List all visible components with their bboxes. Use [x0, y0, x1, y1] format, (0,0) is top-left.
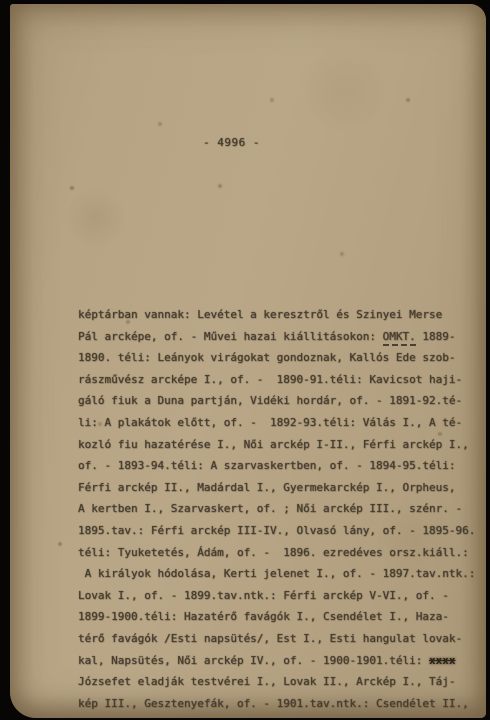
typed-segment: A kertben I., Szarvaskert, of. ; Női arc… — [78, 502, 462, 515]
typed-segment: 1890. téli: Leányok virágokat gondoznak,… — [78, 351, 456, 364]
typed-segment: li: A plakátok előtt, of. - 1892-93.téli… — [78, 416, 462, 429]
typed-segment-strike: xxxx — [429, 654, 456, 667]
typed-line: gáló fiuk a Duna partján, Vidéki hordár,… — [78, 390, 490, 412]
typed-segment: kozló fiu hazatérése I., Női arckép I-II… — [78, 438, 469, 451]
typed-segment: 1889- — [416, 330, 456, 343]
typed-segment: képtárban vannak: Levétel a keresztről é… — [78, 308, 442, 321]
typed-line: 1895.tav.: Férfi arckép III-IV., Olvasó … — [78, 520, 490, 542]
typed-line: of. - 1893-94.téli: A szarvaskertben, of… — [78, 455, 490, 477]
typed-line: Józsefet eladják testvérei I., Lovak II.… — [78, 671, 490, 693]
typed-segment: rászművész arcképe I., of. - 1890-91.tél… — [78, 373, 462, 386]
typed-line: térő favágók /Esti napsütés/, Est I., Es… — [78, 628, 490, 650]
typed-line: téli: Tyuketetés, Ádám, of. - 1896. ezre… — [78, 542, 490, 564]
typed-segment: Józsefet eladják testvérei I., Lovak II.… — [78, 675, 456, 688]
typed-segment: kép III., Gesztenyefák, of. - 1901.tav.n… — [78, 697, 469, 710]
typed-segment-underline: OMKT. — [383, 330, 416, 346]
typed-line: 1899-1900.téli: Hazatérő favágók I., Cse… — [78, 606, 490, 628]
typed-line: Férfi arckép II., Madárdal I., Gyermekar… — [78, 477, 490, 499]
typed-line: 1890. téli: Leányok virágokat gondoznak,… — [78, 347, 490, 369]
typed-line: li: A plakátok előtt, of. - 1892-93.téli… — [78, 412, 490, 434]
typed-segment: Lovak I., of. - 1899.tav.ntk.: Férfi arc… — [78, 589, 449, 602]
typed-line: kép III., Gesztenyefák, of. - 1901.tav.n… — [78, 693, 490, 715]
typed-line: A királyok hódolása, Kerti jelenet I., o… — [78, 563, 490, 585]
typed-text-block: képtárban vannak: Levétel a keresztről é… — [78, 304, 490, 714]
typed-segment: Pál arcképe, of. - Művei hazai kiállitás… — [78, 330, 383, 343]
page-number: - 4996 - — [203, 136, 260, 149]
typed-segment: of. - 1893-94.téli: A szarvaskertben, of… — [78, 459, 456, 472]
typed-line: kal, Napsütés, Női arckép IV., of. - 190… — [78, 650, 490, 672]
typed-segment: téli: Tyuketetés, Ádám, of. - 1896. ezre… — [78, 546, 469, 559]
typed-line: Lovak I., of. - 1899.tav.ntk.: Férfi arc… — [78, 585, 490, 607]
scan-background: - 4996 - képtárban vannak: Levétel a ker… — [0, 0, 490, 720]
typed-segment: térő favágók /Esti napsütés/, Est I., Es… — [78, 632, 462, 645]
typed-line: rászművész arcképe I., of. - 1890-91.tél… — [78, 369, 490, 391]
typed-segment: gáló fiuk a Duna partján, Vidéki hordár,… — [78, 394, 462, 407]
typed-segment: 1899-1900.téli: Hazatérő favágók I., Cse… — [78, 610, 449, 623]
typed-line: Pál arcképe, of. - Művei hazai kiállitás… — [78, 326, 490, 348]
typed-line: A kertben I., Szarvaskert, of. ; Női arc… — [78, 498, 490, 520]
typed-line: képtárban vannak: Levétel a keresztről é… — [78, 304, 490, 326]
typed-line: kozló fiu hazatérése I., Női arckép I-II… — [78, 434, 490, 456]
typed-segment: 1895.tav.: Férfi arckép III-IV., Olvasó … — [78, 524, 475, 537]
scanned-page: - 4996 - képtárban vannak: Levétel a ker… — [10, 4, 486, 718]
typed-segment: Férfi arckép II., Madárdal I., Gyermekar… — [78, 481, 456, 494]
typed-segment: A királyok hódolása, Kerti jelenet I., o… — [78, 567, 475, 580]
typed-segment: kal, Napsütés, Női arckép IV., of. - 190… — [78, 654, 429, 667]
